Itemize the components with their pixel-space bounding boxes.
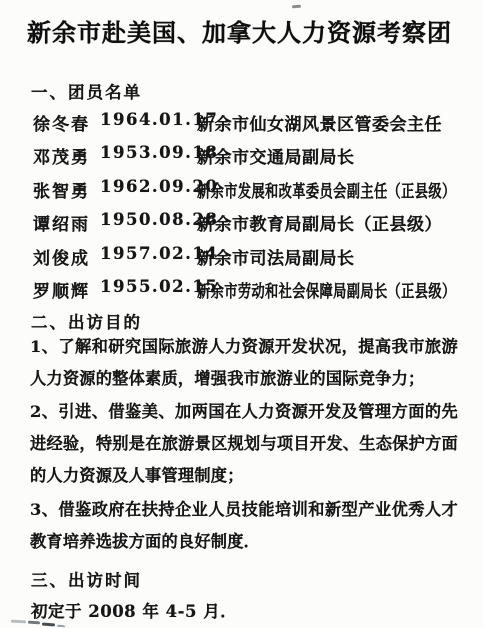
member-name: 罗顺辉 (33, 277, 100, 302)
section-heading-visit-time: 三、出访时间 (31, 567, 142, 591)
scan-artifact-top (292, 5, 301, 8)
member-row: 张智勇 1962.09.20 新余市发展和改革委员会副主任（正县级） (33, 177, 459, 210)
member-position: 新余市发展和改革委员会副主任（正县级） (197, 177, 398, 202)
member-birthdate: 1964.01.17 (100, 110, 197, 129)
member-name: 谭绍雨 (33, 210, 100, 235)
member-position: 新余市劳动和社会保障局副局长（正县级） (197, 277, 398, 302)
member-position: 新余市仙女湖风景区管委会主任 (197, 110, 442, 135)
member-list: 徐冬春 1964.01.17 新余市仙女湖风景区管委会主任 邓茂勇 1953.0… (33, 110, 459, 310)
purpose-item-3: 3、借鉴政府在扶持企业人员技能培训和新型产业优秀人才教育培养选拔方面的良好制度． (30, 494, 458, 558)
member-row: 刘俊成 1957.02.14 新余市司法局副局长 (33, 244, 459, 277)
scan-artifact-bottom-left (57, 625, 65, 628)
scan-artifact-bottom-left (11, 620, 26, 623)
member-name: 邓茂勇 (33, 143, 100, 168)
member-row: 徐冬春 1964.01.17 新余市仙女湖风景区管委会主任 (33, 110, 459, 143)
member-birthdate: 1950.08.28 (100, 210, 197, 229)
member-position: 新余市交通局副局长 (197, 143, 355, 168)
purpose-item-1: 1、了解和研究国际旅游人力资源开发状况，提高我市旅游人力资源的整体素质，增强我市… (30, 331, 458, 395)
member-birthdate: 1962.09.20 (100, 177, 197, 196)
member-row: 邓茂勇 1953.09.18 新余市交通局副局长 (33, 143, 459, 176)
member-birthdate: 1955.02.15 (100, 277, 197, 296)
section-heading-member-list: 一、团员名单 (31, 79, 142, 103)
scanned-document-page: 新余市赴美国、加拿大人力资源考察团 一、团员名单 徐冬春 1964.01.17 … (0, 0, 483, 628)
visit-time-text: 初定于 2008 年 4-5 月． (31, 598, 237, 622)
member-position: 新余市教育局副局长（正县级） (197, 210, 442, 235)
member-birthdate: 1953.09.18 (100, 143, 197, 162)
member-row: 谭绍雨 1950.08.28 新余市教育局副局长（正县级） (33, 210, 459, 243)
member-position: 新余市司法局副局长 (197, 244, 355, 269)
scan-artifact-bottom-left (42, 623, 55, 626)
member-name: 刘俊成 (33, 244, 100, 269)
member-name: 徐冬春 (33, 110, 100, 135)
purpose-item-2: 2、引进、借鉴美、加两国在人力资源开发及管理方面的先进经验，特别是在旅游景区规划… (30, 396, 458, 491)
member-birthdate: 1957.02.14 (100, 244, 197, 263)
section-heading-visit-purpose: 二、出访目的 (31, 309, 142, 333)
member-row: 罗顺辉 1955.02.15 新余市劳动和社会保障局副局长（正县级） (33, 277, 459, 310)
scan-artifact-bottom-left (28, 621, 40, 625)
member-name: 张智勇 (33, 177, 100, 202)
document-title: 新余市赴美国、加拿大人力资源考察团 (0, 13, 479, 48)
